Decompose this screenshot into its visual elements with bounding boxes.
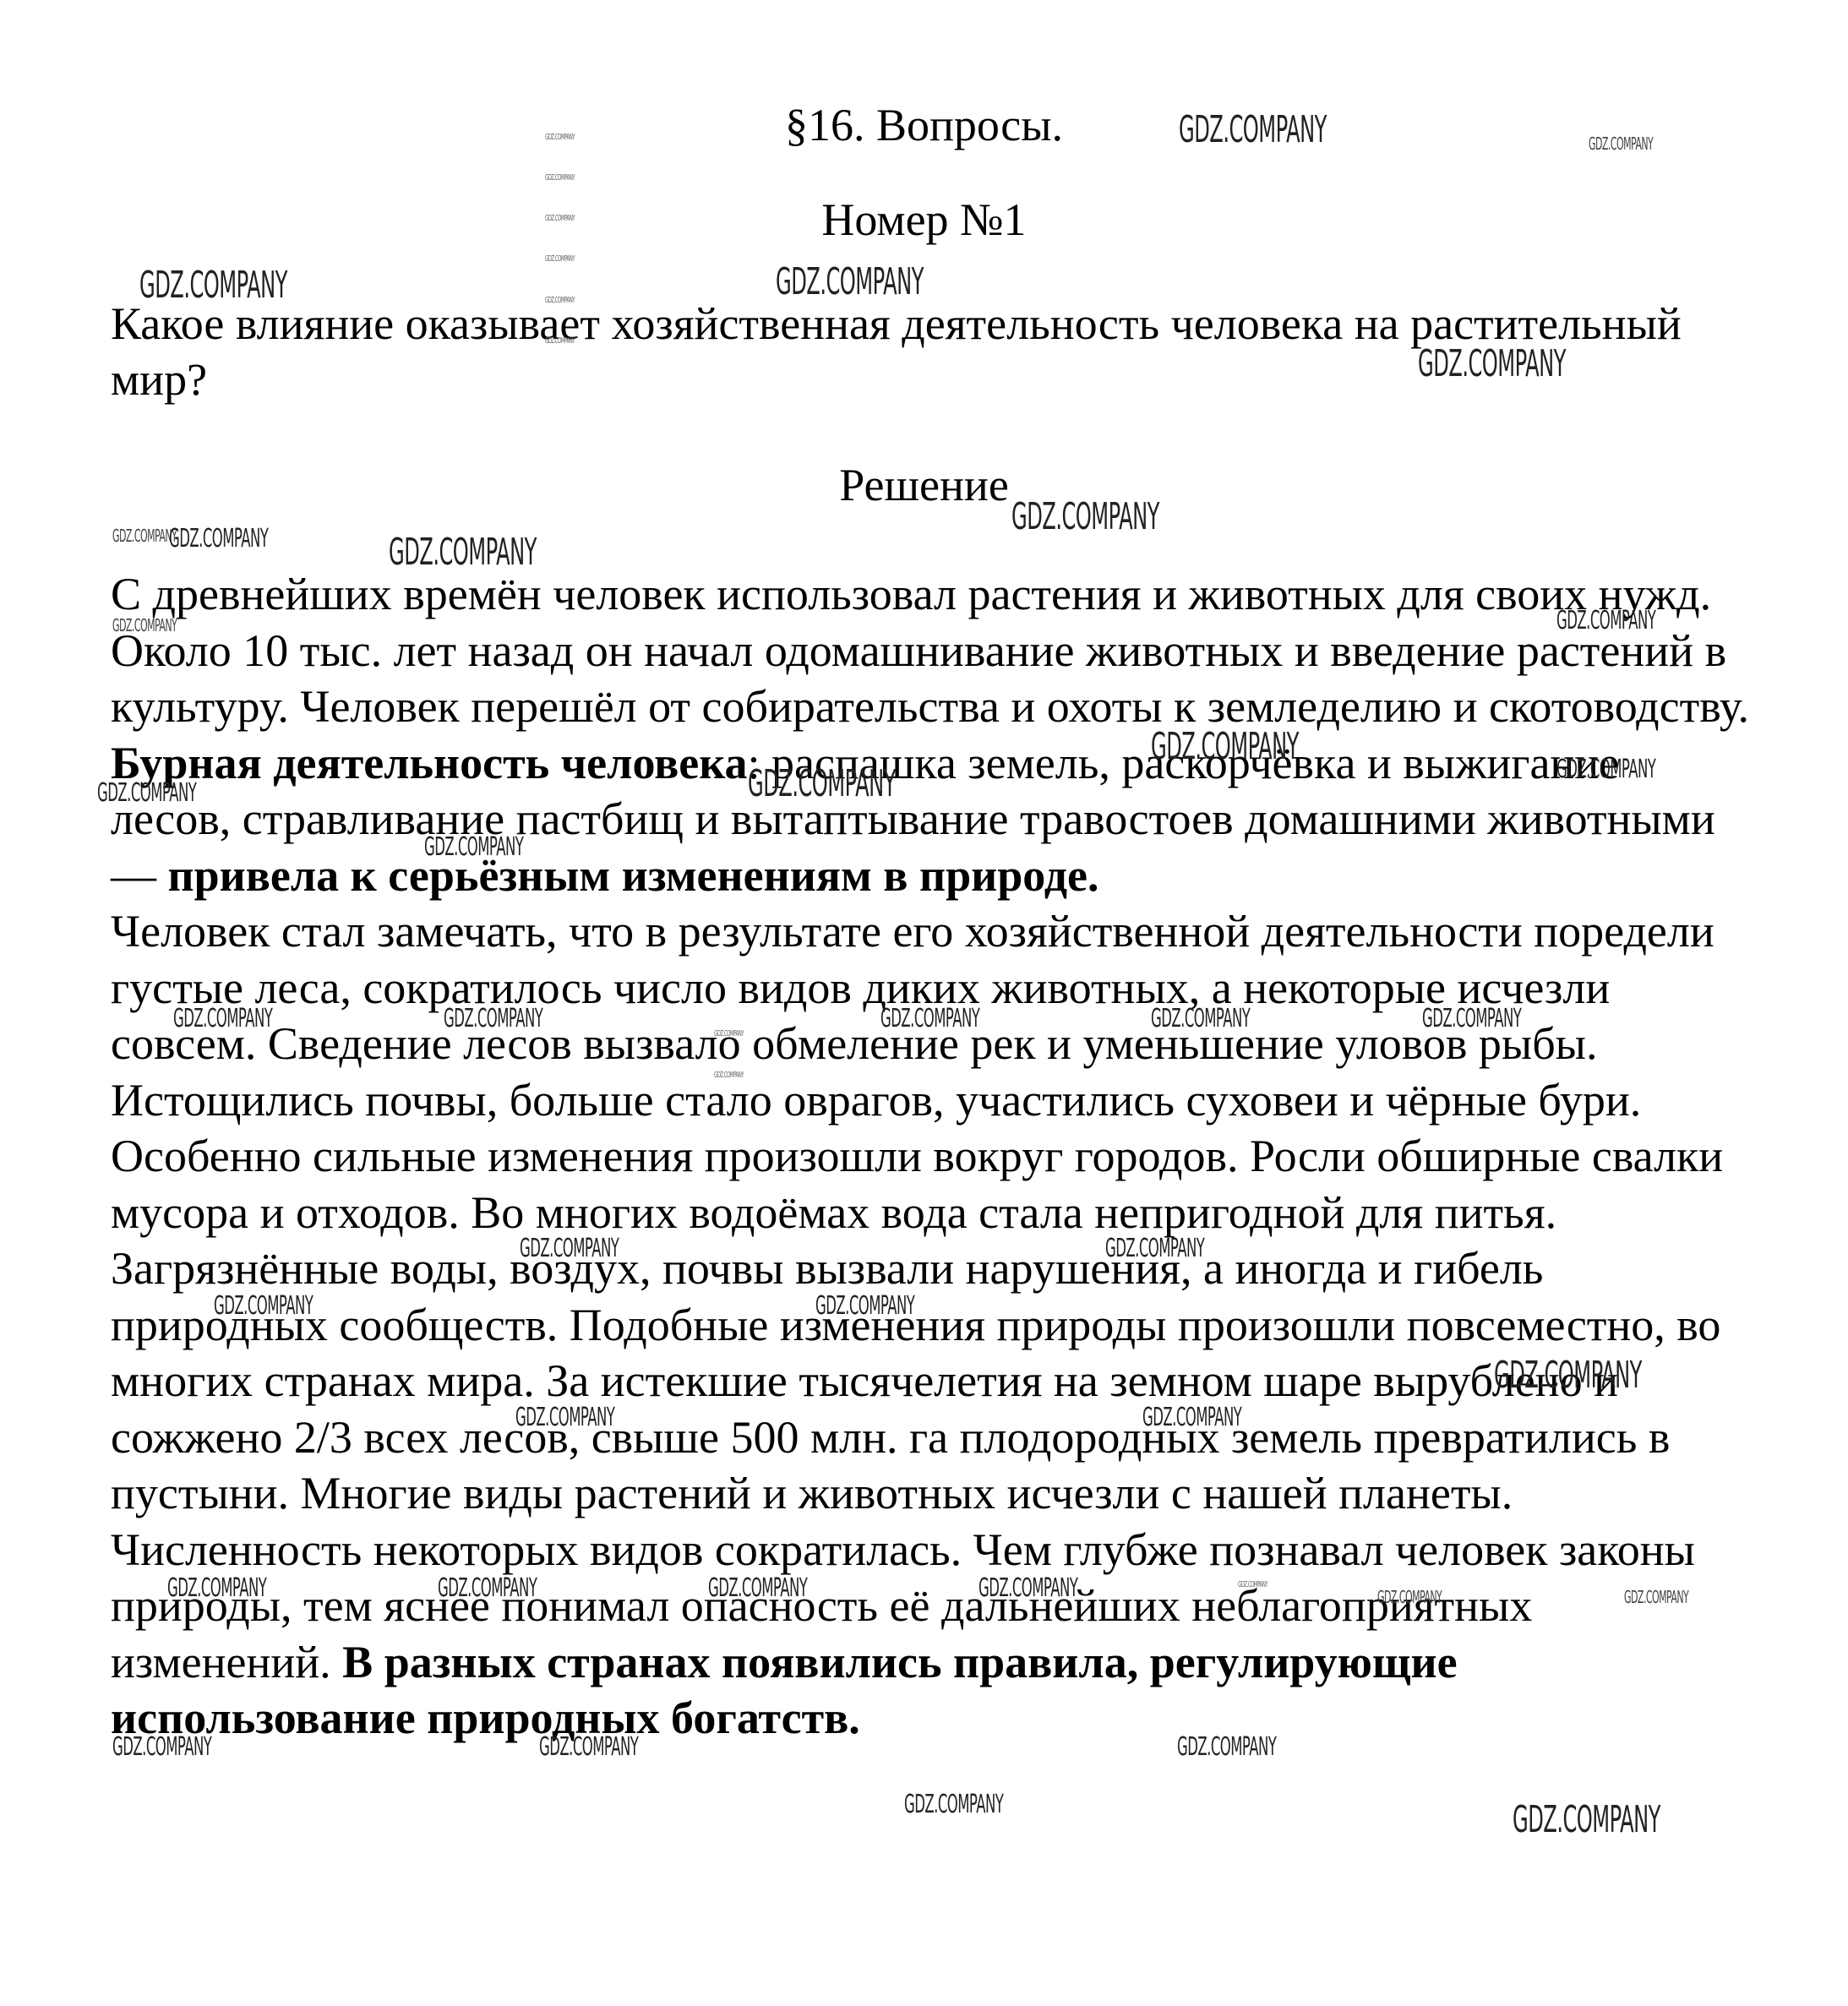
answer-bold-phrase: привела к серьёзным изменениям в природе…	[168, 850, 1099, 901]
watermark: GDZ.COMPANY	[545, 173, 575, 183]
answer-text: Человек стал замечать, что в результате …	[111, 906, 1723, 1687]
watermark: GDZ.COMPANY	[169, 524, 268, 553]
number-title: Номер №1	[0, 194, 1848, 245]
watermark: GDZ.COMPANY	[112, 526, 177, 546]
question-text: Какое влияние оказывает хозяйственная де…	[111, 296, 1767, 407]
section-title: §16. Вопросы.	[0, 100, 1848, 150]
watermark: GDZ.COMPANY	[545, 254, 575, 264]
answer-paragraph-3: Человек стал замечать, что в результате …	[111, 903, 1750, 1747]
solution-title: Решение	[0, 460, 1848, 510]
answer-paragraph-2: Бурная деятельность человека: распашка з…	[111, 735, 1750, 904]
watermark: GDZ.COMPANY	[1513, 1798, 1660, 1841]
answer-body: С древнейших времён человек использовал …	[111, 566, 1750, 1747]
answer-bold-phrase: Бурная деятельность человека	[111, 738, 748, 788]
answer-paragraph-1: С древнейших времён человек использовал …	[111, 566, 1750, 735]
document-page: §16. Вопросы. Номер №1 Какое влияние ока…	[0, 0, 1848, 2006]
watermark: GDZ.COMPANY	[904, 1790, 1003, 1819]
